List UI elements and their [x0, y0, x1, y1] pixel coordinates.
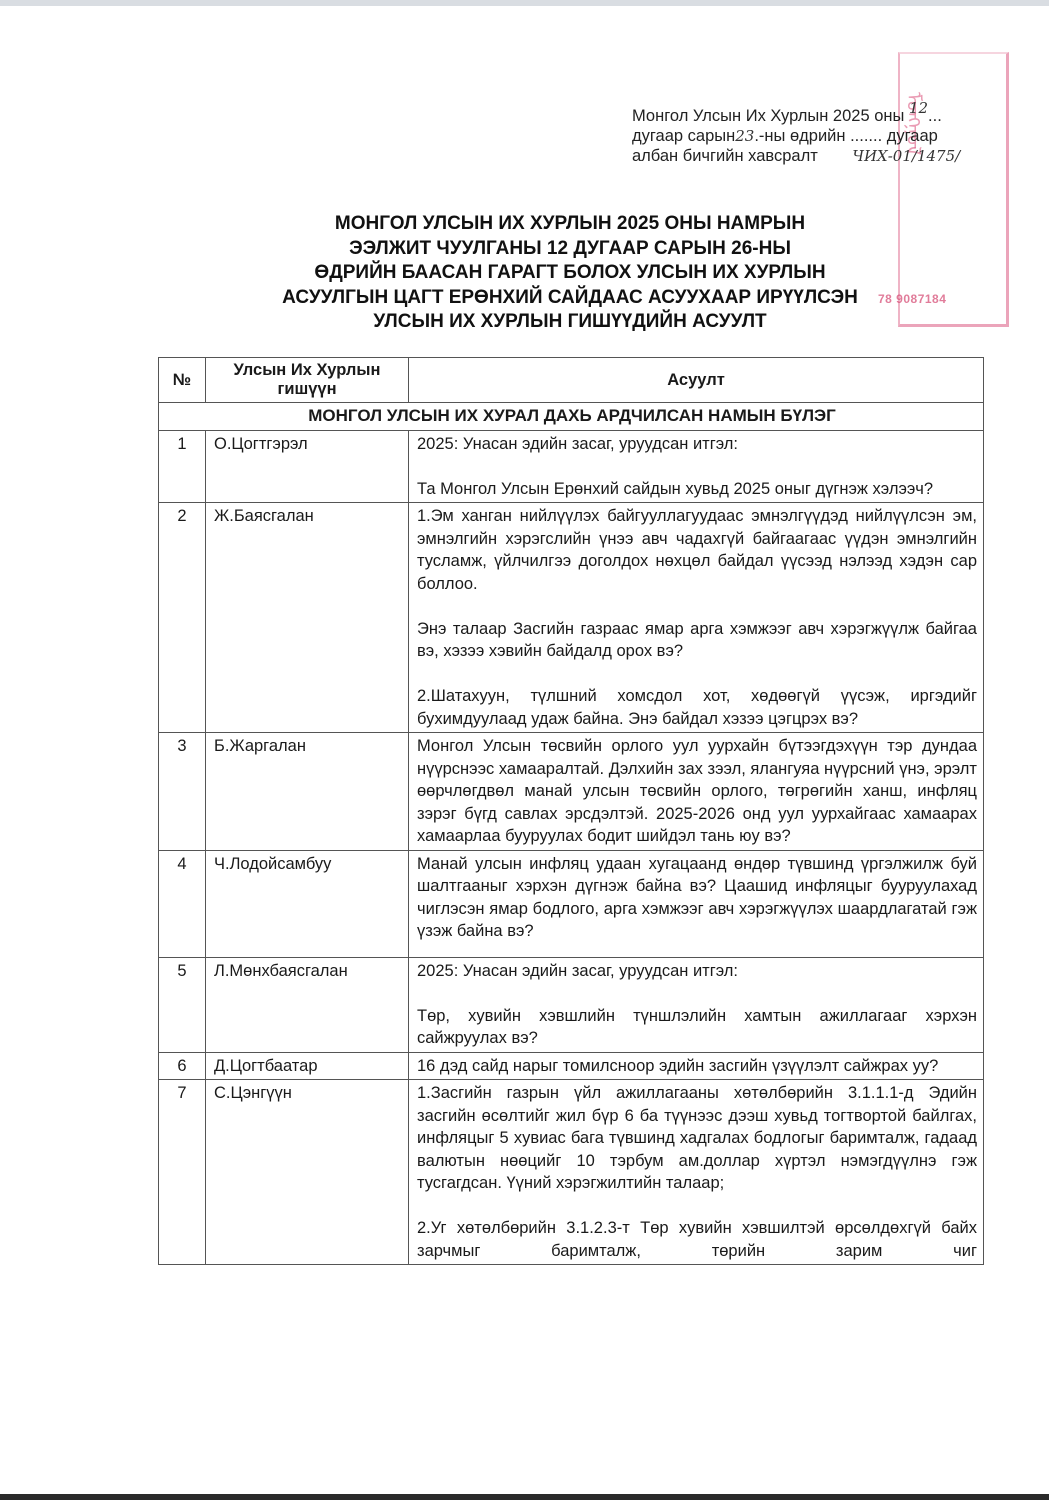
member-name: О.Цогтгэрэл	[206, 430, 409, 503]
table-row: 4Ч.ЛодойсамбууМанай улсын инфляц удаан х…	[159, 850, 984, 957]
question-paragraph: Төр, хувийн хэвшлийн түншлэлийн хамтын а…	[417, 1005, 977, 1050]
table-row: 5Л.Мөнхбаясгалан2025: Унасан эдийн засаг…	[159, 957, 984, 1052]
question-text: 1.Эм ханган нийлүүлэх байгууллагуудаас э…	[409, 503, 984, 733]
question-text: Манай улсын инфляц удаан хугацаанд өндөр…	[409, 850, 984, 957]
header-question: Асуулт	[409, 358, 984, 403]
member-name: С.Цэнгүүн	[206, 1080, 409, 1265]
member-name: Б.Жаргалан	[206, 733, 409, 851]
row-number: 4	[159, 850, 206, 957]
header-member: Улсын Их Хурлын гишүүн	[206, 358, 409, 403]
question-paragraph: Манай улсын инфляц удаан хугацаанд өндөр…	[417, 853, 977, 943]
group-title: МОНГОЛ УЛСЫН ИХ ХУРАЛ ДАХЬ АРДЧИЛСАН НАМ…	[159, 403, 984, 431]
question-text: 1.Засгийн газрын үйл ажиллагааны хөтөлбө…	[409, 1080, 984, 1265]
question-paragraph: 1.Эм ханган нийлүүлэх байгууллагуудаас э…	[417, 505, 977, 595]
table-header-row: № Улсын Их Хурлын гишүүн Асуулт	[159, 358, 984, 403]
question-text: Монгол Улсын төсвийн орлого уул уурхайн …	[409, 733, 984, 851]
member-name: Ч.Лодойсамбуу	[206, 850, 409, 957]
group-row: МОНГОЛ УЛСЫН ИХ ХУРАЛ ДАХЬ АРДЧИЛСАН НАМ…	[159, 403, 984, 431]
handwritten-month: 12	[909, 99, 928, 117]
scan-bottom-edge	[0, 1494, 1049, 1500]
table-row: 2Ж.Баясгалан1.Эм ханган нийлүүлэх байгуу…	[159, 503, 984, 733]
header-no: №	[159, 358, 206, 403]
row-number: 7	[159, 1080, 206, 1265]
member-name: Ж.Баясгалан	[206, 503, 409, 733]
member-name: Л.Мөнхбаясгалан	[206, 957, 409, 1052]
handwritten-day: 23	[735, 127, 754, 145]
row-number: 5	[159, 957, 206, 1052]
question-text: 2025: Унасан эдийн засаг, уруудсан итгэл…	[409, 430, 984, 503]
question-paragraph: Монгол Улсын төсвийн орлого уул уурхайн …	[417, 735, 977, 848]
question-paragraph: 2.Шатахуун, түлшний хомсдол хот, хөдөөгү…	[417, 685, 977, 730]
table-row: 1О.Цогтгэрэл2025: Унасан эдийн засаг, ур…	[159, 430, 984, 503]
scan-top-edge	[0, 0, 1049, 6]
question-paragraph: 1.Засгийн газрын үйл ажиллагааны хөтөлбө…	[417, 1082, 977, 1195]
row-number: 6	[159, 1052, 206, 1080]
annex-note: Монгол Улсын Их Хурлын 2025 оны 12... ду…	[632, 106, 984, 166]
question-paragraph: 2.Уг хөтөлбөрийн 3.1.2.3-т Төр хувийн хэ…	[417, 1217, 977, 1262]
table-row: 3Б.ЖаргаланМонгол Улсын төсвийн орлого у…	[159, 733, 984, 851]
question-paragraph: 2025: Унасан эдийн засаг, уруудсан итгэл…	[417, 433, 977, 456]
annex-line-3: албан бичгийн хавсралт ЧИХ-01/1475/	[632, 146, 984, 166]
annex-line-2: дугаар сарын23.-ны өдрийн ....... дугаар	[632, 126, 984, 146]
table-row: 6Д.Цогтбаатар16 дэд сайд нарыг томилсноо…	[159, 1052, 984, 1080]
question-text: 2025: Унасан эдийн засаг, уруудсан итгэл…	[409, 957, 984, 1052]
question-paragraph: Энэ талаар Засгийн газраас ямар арга хэм…	[417, 618, 977, 663]
question-text: 16 дэд сайд нарыг томилсноор эдийн засги…	[409, 1052, 984, 1080]
question-paragraph: 16 дэд сайд нарыг томилсноор эдийн засги…	[417, 1055, 977, 1078]
row-number: 2	[159, 503, 206, 733]
annex-line-1: Монгол Улсын Их Хурлын 2025 оны 12...	[632, 106, 984, 126]
question-paragraph: Та Монгол Улсын Ерөнхий сайдын хувьд 202…	[417, 478, 977, 501]
row-number: 1	[159, 430, 206, 503]
table-row: 7С.Цэнгүүн1.Засгийн газрын үйл ажиллагаа…	[159, 1080, 984, 1265]
question-paragraph: 2025: Унасан эдийн засаг, уруудсан итгэл…	[417, 960, 977, 983]
questions-table: № Улсын Их Хурлын гишүүн Асуулт МОНГОЛ У…	[158, 357, 984, 1265]
handwritten-doc-number: ЧИХ-01/1475/	[852, 147, 960, 165]
member-name: Д.Цогтбаатар	[206, 1052, 409, 1080]
row-number: 3	[159, 733, 206, 851]
document-title: МОНГОЛ УЛСЫН ИХ ХУРЛЫН 2025 ОНЫ НАМРЫН Э…	[170, 212, 970, 335]
